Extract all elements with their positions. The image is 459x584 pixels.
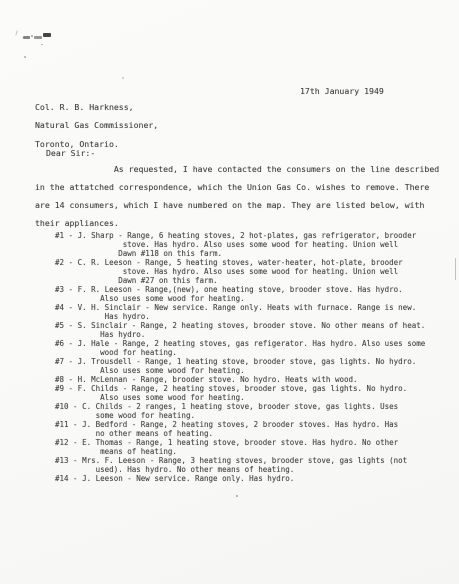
consumer-list: #1 - J. Sharp - Range, 6 heating stoves,…	[55, 231, 425, 483]
consumer-entry: #10 - C. Childs - 2 ranges, 1 heating st…	[55, 402, 425, 420]
paragraph-line: As requested, I have contacted the consu…	[35, 160, 439, 178]
consumer-entry: #5 - S. Sinclair - Range, 2 heating stov…	[55, 321, 425, 339]
consumer-entry: #7 - J. Trousdell - Range, 1 heating sto…	[55, 357, 425, 375]
consumer-entry: #12 - E. Thomas - Range, 1 heating stove…	[55, 438, 425, 456]
consumer-entry: #8 - H. McLennan - Range, brooder stove.…	[55, 375, 425, 384]
recipient-address: Col. R. B. Harkness,Natural Gas Commissi…	[35, 98, 158, 153]
pencil-dash-mark	[23, 36, 30, 39]
salutation: Dear Sir:-	[46, 148, 95, 158]
consumer-entry: #2 - C. R. Leeson - Range, 5 heating sto…	[55, 258, 425, 285]
pencil-tick-mark	[31, 35, 33, 37]
pencil-dot-mark	[41, 44, 43, 45]
pencil-dot-mark	[122, 77, 124, 79]
consumer-entry: #11 - J. Bedford - Range, 2 heating stov…	[55, 420, 425, 438]
paragraph-line: are 14 consumers, which I have numbered …	[35, 196, 439, 214]
pencil-block-mark	[43, 33, 51, 37]
consumer-entry: #1 - J. Sharp - Range, 6 heating stoves,…	[55, 231, 425, 258]
consumer-entry: #4 - V. H. Sinclair - New service. Range…	[55, 303, 425, 321]
paragraph-line: their appliances.	[35, 214, 439, 232]
ink-speck-mark	[236, 495, 238, 497]
pencil-dash-mark	[34, 36, 42, 39]
letter-page: 17th January 1949 Col. R. B. Harkness,Na…	[0, 0, 459, 584]
consumer-entry: #14 - J. Leeson - New service. Range onl…	[55, 474, 425, 483]
pencil-squiggle-mark	[15, 30, 21, 36]
letter-date: 17th January 1949	[300, 86, 384, 96]
paragraph-line: in the attatched correspondence, which t…	[35, 178, 439, 196]
address-line: Natural Gas Commissioner,	[35, 116, 158, 134]
consumer-entry: #6 - J. Hale - Range, 2 heating stoves, …	[55, 339, 425, 357]
address-line: Col. R. B. Harkness,	[35, 98, 158, 116]
scan-edge-mark	[455, 258, 456, 280]
consumer-entry: #9 - F. Childs - Range, 2 heating stoves…	[55, 384, 425, 402]
consumer-entry: #13 - Mrs. F. Leeson - Range, 3 heating …	[55, 456, 425, 474]
consumer-entry: #3 - F. R. Leeson - Range,(new), one hea…	[55, 285, 425, 303]
pencil-dot-mark	[24, 56, 26, 58]
letter-body-paragraph: As requested, I have contacted the consu…	[35, 160, 439, 232]
